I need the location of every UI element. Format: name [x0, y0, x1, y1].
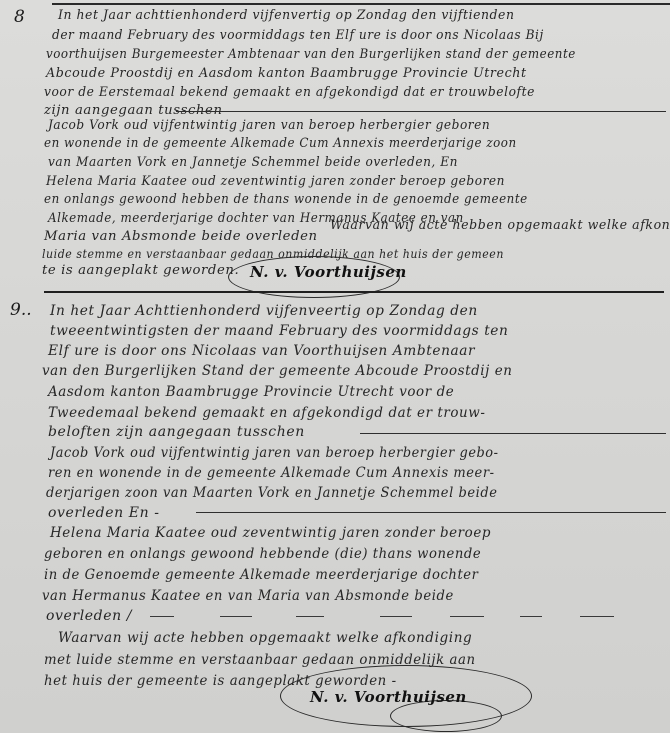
- entry-8-line: Maria van Absmonde beide overleden: [44, 229, 318, 244]
- entry-8-line: Waarvan wij acte hebben opgemaakt welke …: [330, 218, 670, 233]
- entry-9-line: van den Burgerlijken Stand der gemeente …: [42, 363, 513, 379]
- entry-number-8: 8: [14, 7, 25, 27]
- fill-dash: [150, 616, 174, 617]
- entry-9-line: beloften zijn aangegaan tusschen: [48, 424, 305, 440]
- entry-9-line: tweeentwintigsten der maand February des…: [50, 323, 508, 339]
- signature-entry-8: N. v. Voorthuijsen: [250, 263, 407, 281]
- entry-9-line: Waarvan wij acte hebben opgemaakt welke …: [58, 630, 472, 646]
- entry-9-line: overleden En -: [48, 505, 160, 521]
- entry-9-line: Elf ure is door ons Nicolaas van Voorthu…: [48, 343, 475, 359]
- register-page: 8 In het Jaar achttienhonderd vijfenvert…: [0, 0, 670, 733]
- entry-8-line: voor de Eerstemaal bekend gemaakt en afg…: [44, 85, 535, 100]
- fill-dash: [450, 616, 484, 617]
- entry-8-line: van Maarten Vork en Jannetje Schemmel be…: [48, 155, 458, 170]
- entry-8-line: Abcoude Proostdij en Aasdom kanton Baamb…: [46, 66, 527, 81]
- fill-dash: [520, 616, 542, 617]
- top-rule: [52, 3, 670, 5]
- entry-9-line: Aasdom kanton Baambrugge Provincie Utrec…: [48, 384, 454, 400]
- fill-rule: [360, 433, 666, 434]
- fill-rule: [196, 512, 666, 513]
- entry-8-bride-line: Helena Maria Kaatee oud zeventwintig jar…: [46, 174, 505, 189]
- fill-dash: [220, 616, 252, 617]
- entry-8-line: en wonende in de gemeente Alkemade Cum A…: [44, 136, 517, 151]
- entry-8-line: voorthuijsen Burgemeester Ambtenaar van …: [46, 47, 576, 62]
- entry-8-line: In het Jaar achttienhonderd vijfenvertig…: [58, 8, 515, 23]
- entry-9-line: derjarigen zoon van Maarten Vork en Jann…: [46, 485, 498, 501]
- entry-8-groom-line: Jacob Vork oud vijfentwintig jaren van b…: [48, 118, 490, 133]
- entry-9-bride-line: Helena Maria Kaatee oud zeventwintig jar…: [50, 525, 491, 541]
- entry-8-line: der maand February des voormiddags ten E…: [52, 28, 544, 43]
- entry-8-line: en onlangs gewoond hebben de thans wonen…: [44, 192, 528, 207]
- entry-number-9: 9..: [10, 300, 32, 320]
- signature-entry-9: N. v. Voorthuijsen: [310, 688, 467, 706]
- entry-9-groom-line: Jacob Vork oud vijfentwintig jaren van b…: [50, 445, 499, 461]
- entry-9-line: overleden /: [46, 608, 132, 624]
- entry-9-line: Tweedemaal bekend gemaakt en afgekondigd…: [48, 405, 485, 421]
- entry-separator: [44, 291, 664, 293]
- entry-9-line: van Hermanus Kaatee en van Maria van Abs…: [42, 588, 454, 604]
- fill-dash: [380, 616, 412, 617]
- entry-9-line: in de Genoemde gemeente Alkemade meerder…: [44, 567, 479, 583]
- fill-dash: [296, 616, 324, 617]
- entry-9-line: geboren en onlangs gewoond hebbende (die…: [44, 546, 481, 562]
- entry-9-line: In het Jaar Achttienhonderd vijfenveerti…: [50, 303, 478, 319]
- fill-dash: [580, 616, 614, 617]
- entry-9-line: ren en wonende in de gemeente Alkemade C…: [48, 465, 495, 481]
- fill-rule: [176, 111, 666, 112]
- entry-8-line: te is aangeplakt geworden.: [42, 263, 239, 278]
